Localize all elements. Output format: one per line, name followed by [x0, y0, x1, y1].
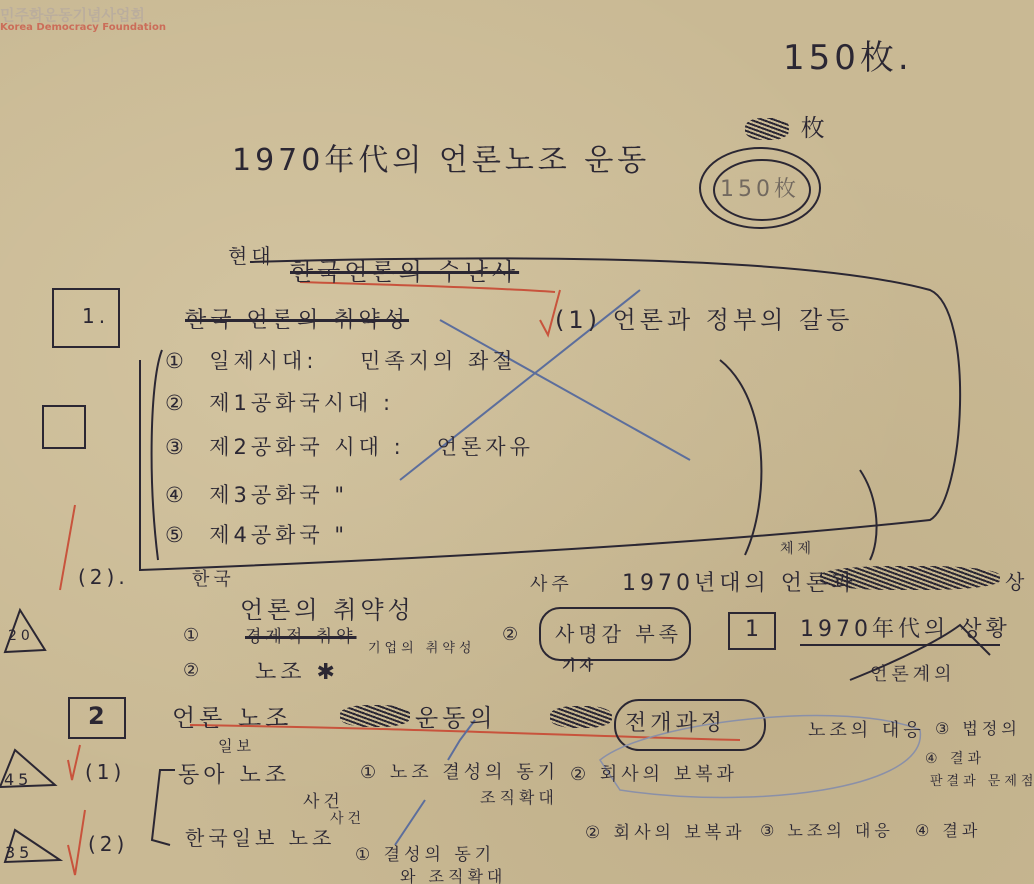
- section-2-circled: 전개과정: [625, 706, 726, 737]
- section-1-2-item1-note: 기업의 취약성: [368, 637, 475, 656]
- scribble-mark: [820, 566, 1000, 590]
- right-box: 1: [728, 612, 776, 650]
- section-1-old-heading: 한국 언론의 취약성: [185, 303, 409, 334]
- list-item: ④ 제3공화국 ": [165, 479, 534, 519]
- section-2-number: 2: [88, 702, 109, 730]
- right-insert: 체제: [780, 538, 815, 558]
- row-1-step4: ④ 결과: [925, 748, 985, 768]
- row-1-insert: 일보: [218, 735, 255, 756]
- section-1-2-item2-num: ②: [183, 660, 203, 681]
- row-2-name: 한국일보 노조: [185, 822, 335, 851]
- section-2-circled2: 노조의 대응: [808, 716, 925, 742]
- page-count-circled: 150枚: [720, 172, 800, 203]
- side-item-sub: 기자: [562, 655, 597, 675]
- scribble-mark: [550, 706, 612, 728]
- section-1-list: ① 일제시대: 민족지의 좌절 ② 제1공화국시대 : ③ 제2공화국 시대 :…: [165, 345, 534, 559]
- list-item: ② 제1공화국시대 :: [165, 387, 534, 431]
- page-count-crossed: 枚: [745, 108, 829, 143]
- scribble-mark: [745, 118, 789, 140]
- row-1-name: 동아 노조: [178, 758, 290, 789]
- section-1-2-item2: 노조 ✱: [255, 655, 339, 686]
- right-line2-sub: 언론계의: [870, 660, 956, 686]
- section-1-2-marker: (2).: [78, 565, 129, 589]
- side-item-num: ②: [502, 624, 522, 645]
- triangle-count-45: 45: [4, 770, 32, 789]
- section-2-heading: 언론 노조: [172, 698, 292, 733]
- triangle-count-35: 35: [5, 843, 33, 862]
- row-2-step3: ③ 노조의 대응: [760, 818, 894, 841]
- section-1-2-insert: 한국: [192, 565, 235, 591]
- section-2-box: 2: [68, 697, 126, 739]
- right-line1-end: 상: [1005, 566, 1028, 595]
- list-item: ⑤ 제4공화국 ": [165, 519, 534, 559]
- section-2-heading-end: 운동의: [415, 698, 497, 733]
- row-2-name-sup: 사건: [330, 808, 365, 828]
- side-insert-owner: 사주: [530, 570, 573, 596]
- row-2-step1-sub: 와 조직확대: [400, 864, 506, 884]
- page-count-main: 150枚.: [783, 30, 913, 79]
- right-line2: 1970年代의 상황: [800, 612, 1011, 643]
- list-item: ① 일제시대: 민족지의 좌절: [165, 345, 534, 387]
- triangle-count-20: 20: [8, 628, 34, 644]
- row-2-marker: (2): [88, 832, 128, 856]
- row-1-step1-sub: 조직확대: [480, 785, 558, 808]
- section-1-heading-crossed: 한국언론의 수난사: [290, 252, 519, 287]
- scribble-mark: [340, 705, 410, 727]
- section-1-subheading: (1) 언론과 정부의 갈등: [555, 300, 853, 335]
- row-1-step1: ① 노조 결성의 동기: [360, 758, 559, 784]
- section-1-insert: 현대: [228, 240, 275, 269]
- section-2-item3-sub: 판결과 문제점: [930, 770, 1034, 789]
- section-1-2-heading: 언론의 취약성: [240, 590, 415, 625]
- section-1-2-item1-num: ①: [183, 625, 203, 646]
- empty-checkbox-drawing: [42, 405, 86, 449]
- page-count-unit: 枚: [801, 114, 829, 142]
- side-item: 사명감 부족: [555, 618, 682, 647]
- row-1-step2: ② 회사의 보복과: [570, 760, 738, 786]
- section-1-box: 1.: [52, 288, 120, 348]
- row-2-step2: ② 회사의 보복과: [585, 818, 746, 843]
- section-1-number: 1.: [82, 304, 109, 328]
- row-2-step1: ① 결성의 동기: [355, 840, 495, 865]
- row-1-marker: (1): [85, 760, 125, 784]
- right-box-number: 1: [745, 617, 763, 642]
- document-title: 1970年代의 언론노조 운동: [232, 135, 650, 179]
- row-2-step4: ④ 결과: [915, 818, 981, 841]
- section-2-item3: ③ 법정의: [935, 716, 1021, 739]
- section-1-2-item1-crossed: 경제적 취약: [245, 622, 357, 647]
- list-item: ③ 제2공화국 시대 : 언론자유: [165, 431, 534, 479]
